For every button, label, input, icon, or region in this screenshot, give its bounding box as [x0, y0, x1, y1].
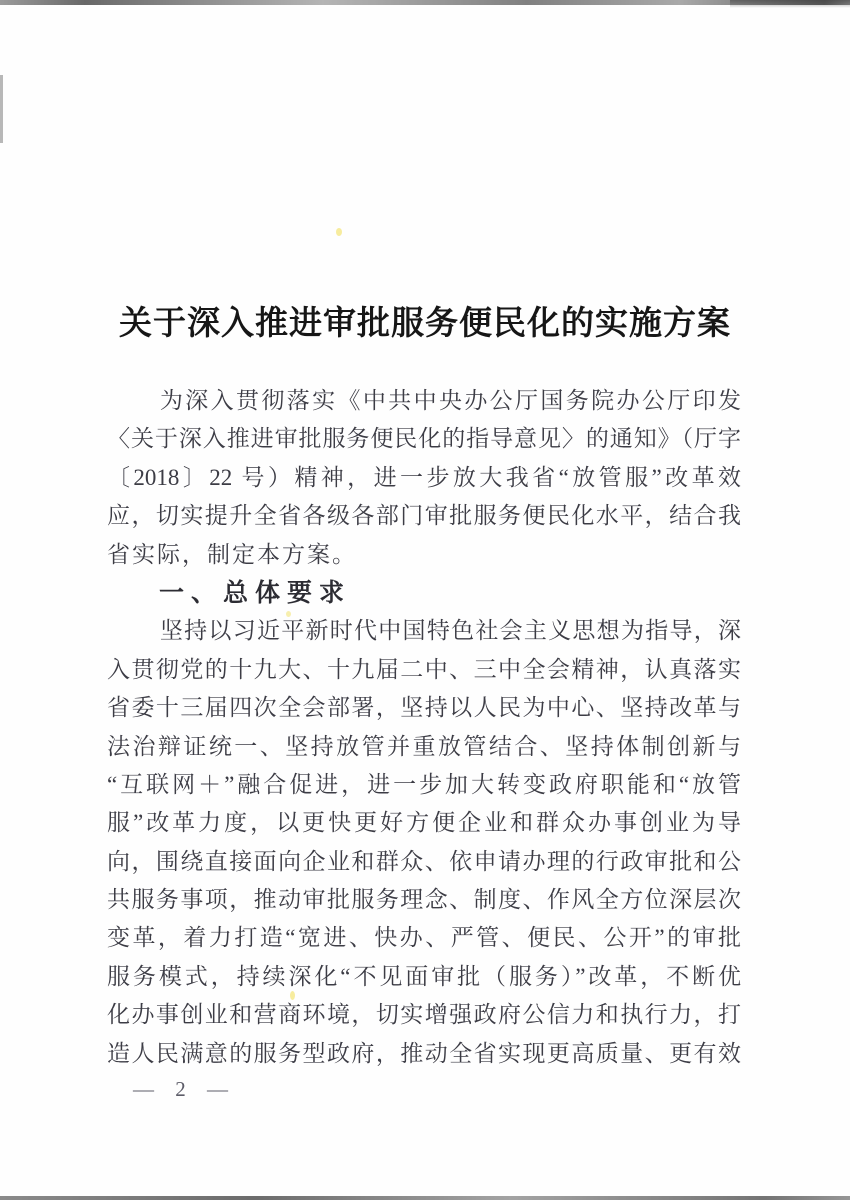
document-line: 化办事创业和营商环境，切实增强政府公信力和执行力，打	[107, 996, 741, 1034]
document-line: 服务模式，持续深化“不见面审批（服务）”改革，不断优	[107, 958, 741, 996]
scanned-document-page: 关于深入推进审批服务便民化的实施方案 为深入贯彻落实《中共中央办公厅国务院办公厅…	[0, 0, 850, 1200]
scan-edge-bottom	[0, 1196, 850, 1200]
document-line: 为深入贯彻落实《中共中央办公厅国务院办公厅印发	[107, 382, 741, 420]
document-line: 向，围绕直接面向企业和群众、依申请办理的行政审批和公	[107, 843, 741, 881]
document-line: 坚持以习近平新时代中国特色社会主义思想为指导，深	[107, 612, 741, 650]
document-line: 变革，着力打造“宽进、快办、严管、便民、公开”的审批	[107, 919, 741, 957]
document-line: 服”改革力度，以更快更好方便企业和群众办事创业为导	[107, 804, 741, 842]
document-line: 应，切实提升全省各级各部门审批服务便民化水平，结合我	[107, 497, 741, 535]
document-line: 〈关于深入推进审批服务便民化的指导意见〉的通知》（厅字	[107, 420, 741, 458]
scan-speck	[336, 228, 342, 236]
section-heading: 一、总体要求	[107, 574, 741, 612]
document-line: 入贯彻党的十九大、十九届二中、三中全会精神，认真落实	[107, 651, 741, 689]
scan-edge-left	[0, 75, 3, 143]
document-line: “互联网＋”融合促进，进一步加大转变政府职能和“放管	[107, 766, 741, 804]
scan-edge-top-right	[730, 0, 850, 8]
page-number: — 2 —	[133, 1077, 231, 1102]
scan-edge-top	[0, 0, 850, 5]
document-line: 法治辩证统一、坚持放管并重放管结合、坚持体制创新与	[107, 728, 741, 766]
page-title: 关于深入推进审批服务便民化的实施方案	[0, 297, 850, 344]
document-line: 〔2018〕22 号）精神，进一步放大我省“放管服”改革效	[107, 459, 741, 497]
document-line: 省实际，制定本方案。	[107, 536, 741, 574]
document-body: 为深入贯彻落实《中共中央办公厅国务院办公厅印发 〈关于深入推进审批服务便民化的指…	[107, 382, 741, 1073]
document-line: 共服务事项，推动审批服务理念、制度、作风全方位深层次	[107, 881, 741, 919]
document-line: 省委十三届四次全会部署，坚持以人民为中心、坚持改革与	[107, 689, 741, 727]
document-line: 造人民满意的服务型政府，推动全省实现更高质量、更有效	[107, 1035, 741, 1073]
